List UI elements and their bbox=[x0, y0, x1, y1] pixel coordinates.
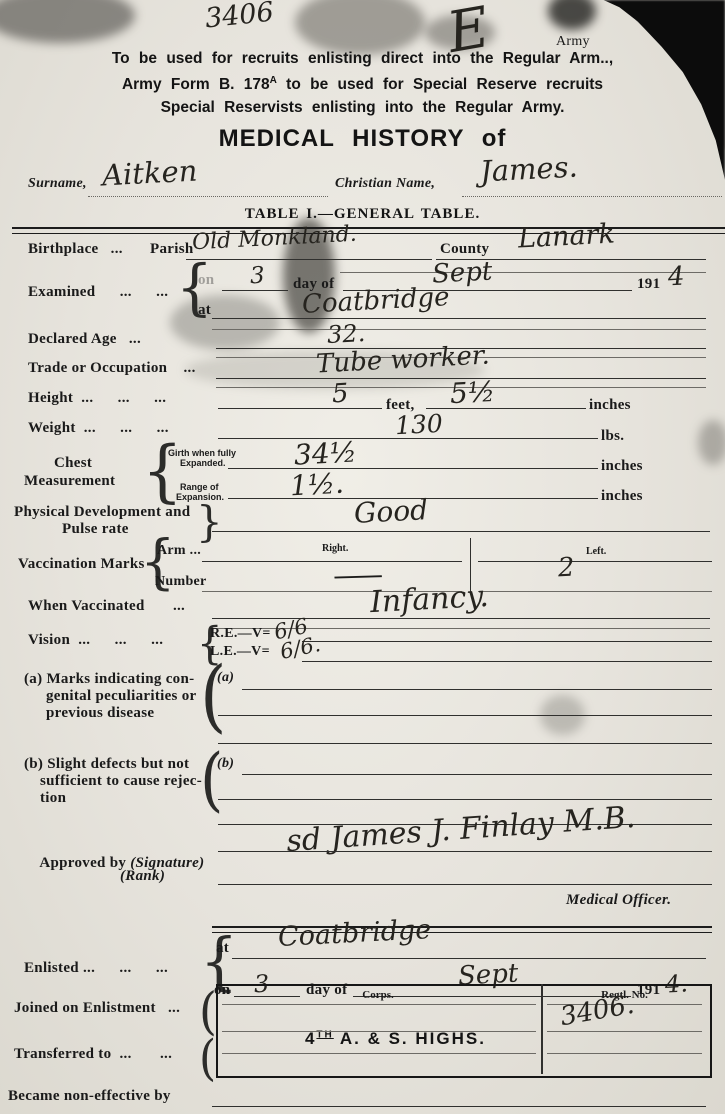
rule-line bbox=[222, 1031, 536, 1032]
rule-line bbox=[242, 689, 712, 690]
rule-line bbox=[547, 1031, 702, 1032]
ink-smudge bbox=[698, 420, 725, 465]
marks-a-cell-label: (a) bbox=[217, 670, 234, 686]
height-feet-value: 5 bbox=[331, 379, 349, 410]
height-inches-unit: inches bbox=[589, 397, 631, 414]
range-label-line1: Range of bbox=[180, 482, 219, 492]
defects-b-label-line1: (b) Slight defects but not bbox=[24, 756, 189, 773]
rule-line bbox=[218, 884, 712, 885]
defects-b-label-line2: sufficient to cause rejec- bbox=[40, 773, 202, 790]
county-value: Lanark bbox=[517, 218, 615, 254]
vaccination-number-label: Number bbox=[155, 574, 207, 590]
vision-label: Vision ... ... ... bbox=[28, 632, 163, 649]
girth-label-line2: Expanded. bbox=[180, 458, 226, 468]
height-label: Height ... ... ... bbox=[28, 390, 166, 407]
corps-column-header: Corps. bbox=[218, 989, 538, 1001]
declared-age-label: Declared Age ... bbox=[28, 331, 141, 348]
girth-unit: inches bbox=[601, 458, 643, 475]
rule-line bbox=[222, 290, 288, 291]
rank-label: (Rank) bbox=[120, 868, 165, 885]
non-effective-label: Became non-effective by bbox=[8, 1088, 171, 1105]
scanned-medical-history-form: 3406 E Army To be used for recruits enli… bbox=[0, 0, 725, 1114]
range-unit: inches bbox=[601, 488, 643, 505]
marks-a-label-line1: (a) Marks indicating con- bbox=[24, 671, 194, 688]
corps-value-stamp: 4TH A. & S. HIGHS. bbox=[232, 1009, 532, 1069]
rule-line bbox=[212, 1106, 706, 1107]
rule-line bbox=[426, 408, 586, 409]
rule-line bbox=[547, 1053, 702, 1054]
examined-label: Examined ... ... bbox=[28, 284, 168, 301]
header-line-1: To be used for recruits enlisting direct… bbox=[0, 50, 725, 68]
rule-line bbox=[212, 318, 706, 319]
rule-line bbox=[218, 799, 712, 800]
marks-a-label-line3: previous disease bbox=[46, 705, 154, 722]
page-title: MEDICAL HISTORY of bbox=[0, 125, 725, 153]
marks-a-label-line2: genital peculiarities or bbox=[46, 688, 197, 705]
top-service-number: 3406 bbox=[204, 0, 276, 35]
rule-line bbox=[88, 196, 328, 197]
vision-re-label: R.E.—V= bbox=[210, 626, 271, 642]
rule-line bbox=[478, 591, 712, 592]
rule-line bbox=[222, 1004, 536, 1005]
chest-label-line1: Chest bbox=[54, 455, 92, 472]
enlisted-at-value: Coatbridge bbox=[277, 914, 432, 953]
physical-value: Good bbox=[353, 493, 429, 530]
medical-officer-label: Medical Officer. bbox=[566, 892, 671, 909]
trade-label: Trade or Occupation ... bbox=[28, 360, 196, 377]
defects-b-label-line3: tion bbox=[40, 790, 66, 807]
physical-label-line1: Physical Development and bbox=[14, 504, 190, 521]
rule-line bbox=[242, 774, 712, 775]
vaccination-arm-label: Arm ... bbox=[157, 543, 201, 559]
right-column-header: Right. bbox=[322, 543, 348, 554]
rule-line bbox=[212, 329, 706, 330]
examined-year-value: 4 bbox=[667, 262, 685, 293]
rule-line bbox=[212, 531, 710, 532]
army-corner-label: Army bbox=[556, 34, 590, 50]
header-line-3: Special Reservists enlisting into the Re… bbox=[0, 99, 725, 117]
rule-line bbox=[186, 259, 432, 260]
rule-line bbox=[228, 468, 598, 469]
examined-on-label: on bbox=[198, 272, 214, 289]
joined-on-enlistment-label: Joined on Enlistment ... bbox=[14, 1000, 180, 1017]
header-line-2-post: to be used for Special Reserve recruits bbox=[277, 76, 603, 93]
joined-brace: ( bbox=[199, 986, 217, 1037]
rule-line bbox=[302, 641, 712, 642]
rule-line bbox=[202, 561, 462, 562]
vaccination-left-value: 2 bbox=[557, 553, 575, 584]
rule-line bbox=[218, 438, 598, 439]
rule-line bbox=[218, 408, 382, 409]
left-column-header: Left. bbox=[586, 546, 606, 557]
ink-smudge bbox=[548, 0, 596, 30]
rule-line bbox=[218, 715, 712, 716]
when-vaccinated-label: When Vaccinated ... bbox=[28, 598, 185, 615]
birthplace-label: Birthplace ... bbox=[28, 241, 123, 258]
defects-b-cell-label: (b) bbox=[217, 756, 234, 772]
rule-line bbox=[302, 661, 712, 662]
examined-at-label: at bbox=[198, 302, 211, 319]
weight-value: 130 bbox=[394, 409, 443, 440]
chest-label-line2: Measurement bbox=[24, 473, 115, 490]
section-divider bbox=[12, 227, 725, 234]
rule-line bbox=[232, 958, 706, 959]
transferred-to-label: Transferred to ... ... bbox=[14, 1046, 172, 1063]
height-inches-value: 5½ bbox=[449, 375, 496, 410]
rule-line bbox=[218, 743, 712, 744]
enlisted-label: Enlisted ... ... ... bbox=[24, 960, 168, 977]
table-title: TABLE I.—GENERAL TABLE. bbox=[0, 206, 725, 223]
physical-brace: } bbox=[196, 501, 223, 543]
rule-line bbox=[222, 1053, 536, 1054]
county-label: County bbox=[440, 241, 489, 258]
ink-smudge bbox=[0, 0, 135, 43]
surname-value: Aitken bbox=[101, 154, 198, 193]
rule-line bbox=[478, 561, 712, 562]
girth-value: 34½ bbox=[293, 435, 357, 471]
examined-day-value: 3 bbox=[249, 263, 265, 290]
ink-smudge bbox=[295, 0, 425, 55]
vaccination-label: Vaccination Marks bbox=[18, 556, 145, 573]
physical-label-line2: Pulse rate bbox=[62, 521, 129, 538]
header-line-2: Army Form B. 178A to be used for Special… bbox=[0, 75, 725, 94]
examined-at-value: Coatbridge bbox=[301, 282, 450, 320]
christian-name-label: Christian Name, bbox=[335, 176, 435, 192]
rule-line bbox=[340, 272, 706, 273]
rule-line bbox=[462, 196, 722, 197]
girth-label-line1: Girth when fully bbox=[168, 448, 236, 458]
approved-by-label-pre: Approved by bbox=[39, 855, 130, 871]
weight-unit: lbs. bbox=[601, 428, 624, 445]
christian-name-value: James. bbox=[479, 149, 578, 188]
approved-by-label: Approved by (Signature) bbox=[24, 838, 204, 889]
form-number-superscript: A bbox=[270, 75, 277, 86]
when-vaccinated-value: Infancy. bbox=[369, 579, 489, 620]
transferred-brace: ( bbox=[199, 1035, 216, 1083]
enlisted-at-label: at bbox=[216, 940, 229, 957]
declared-age-value: 32. bbox=[326, 319, 366, 349]
header-line-2-pre: Army Form B. 178 bbox=[122, 76, 270, 93]
examined-year-prefix: 191 bbox=[637, 276, 660, 293]
rule-line bbox=[218, 851, 712, 852]
surname-label: Surname, bbox=[28, 176, 87, 192]
